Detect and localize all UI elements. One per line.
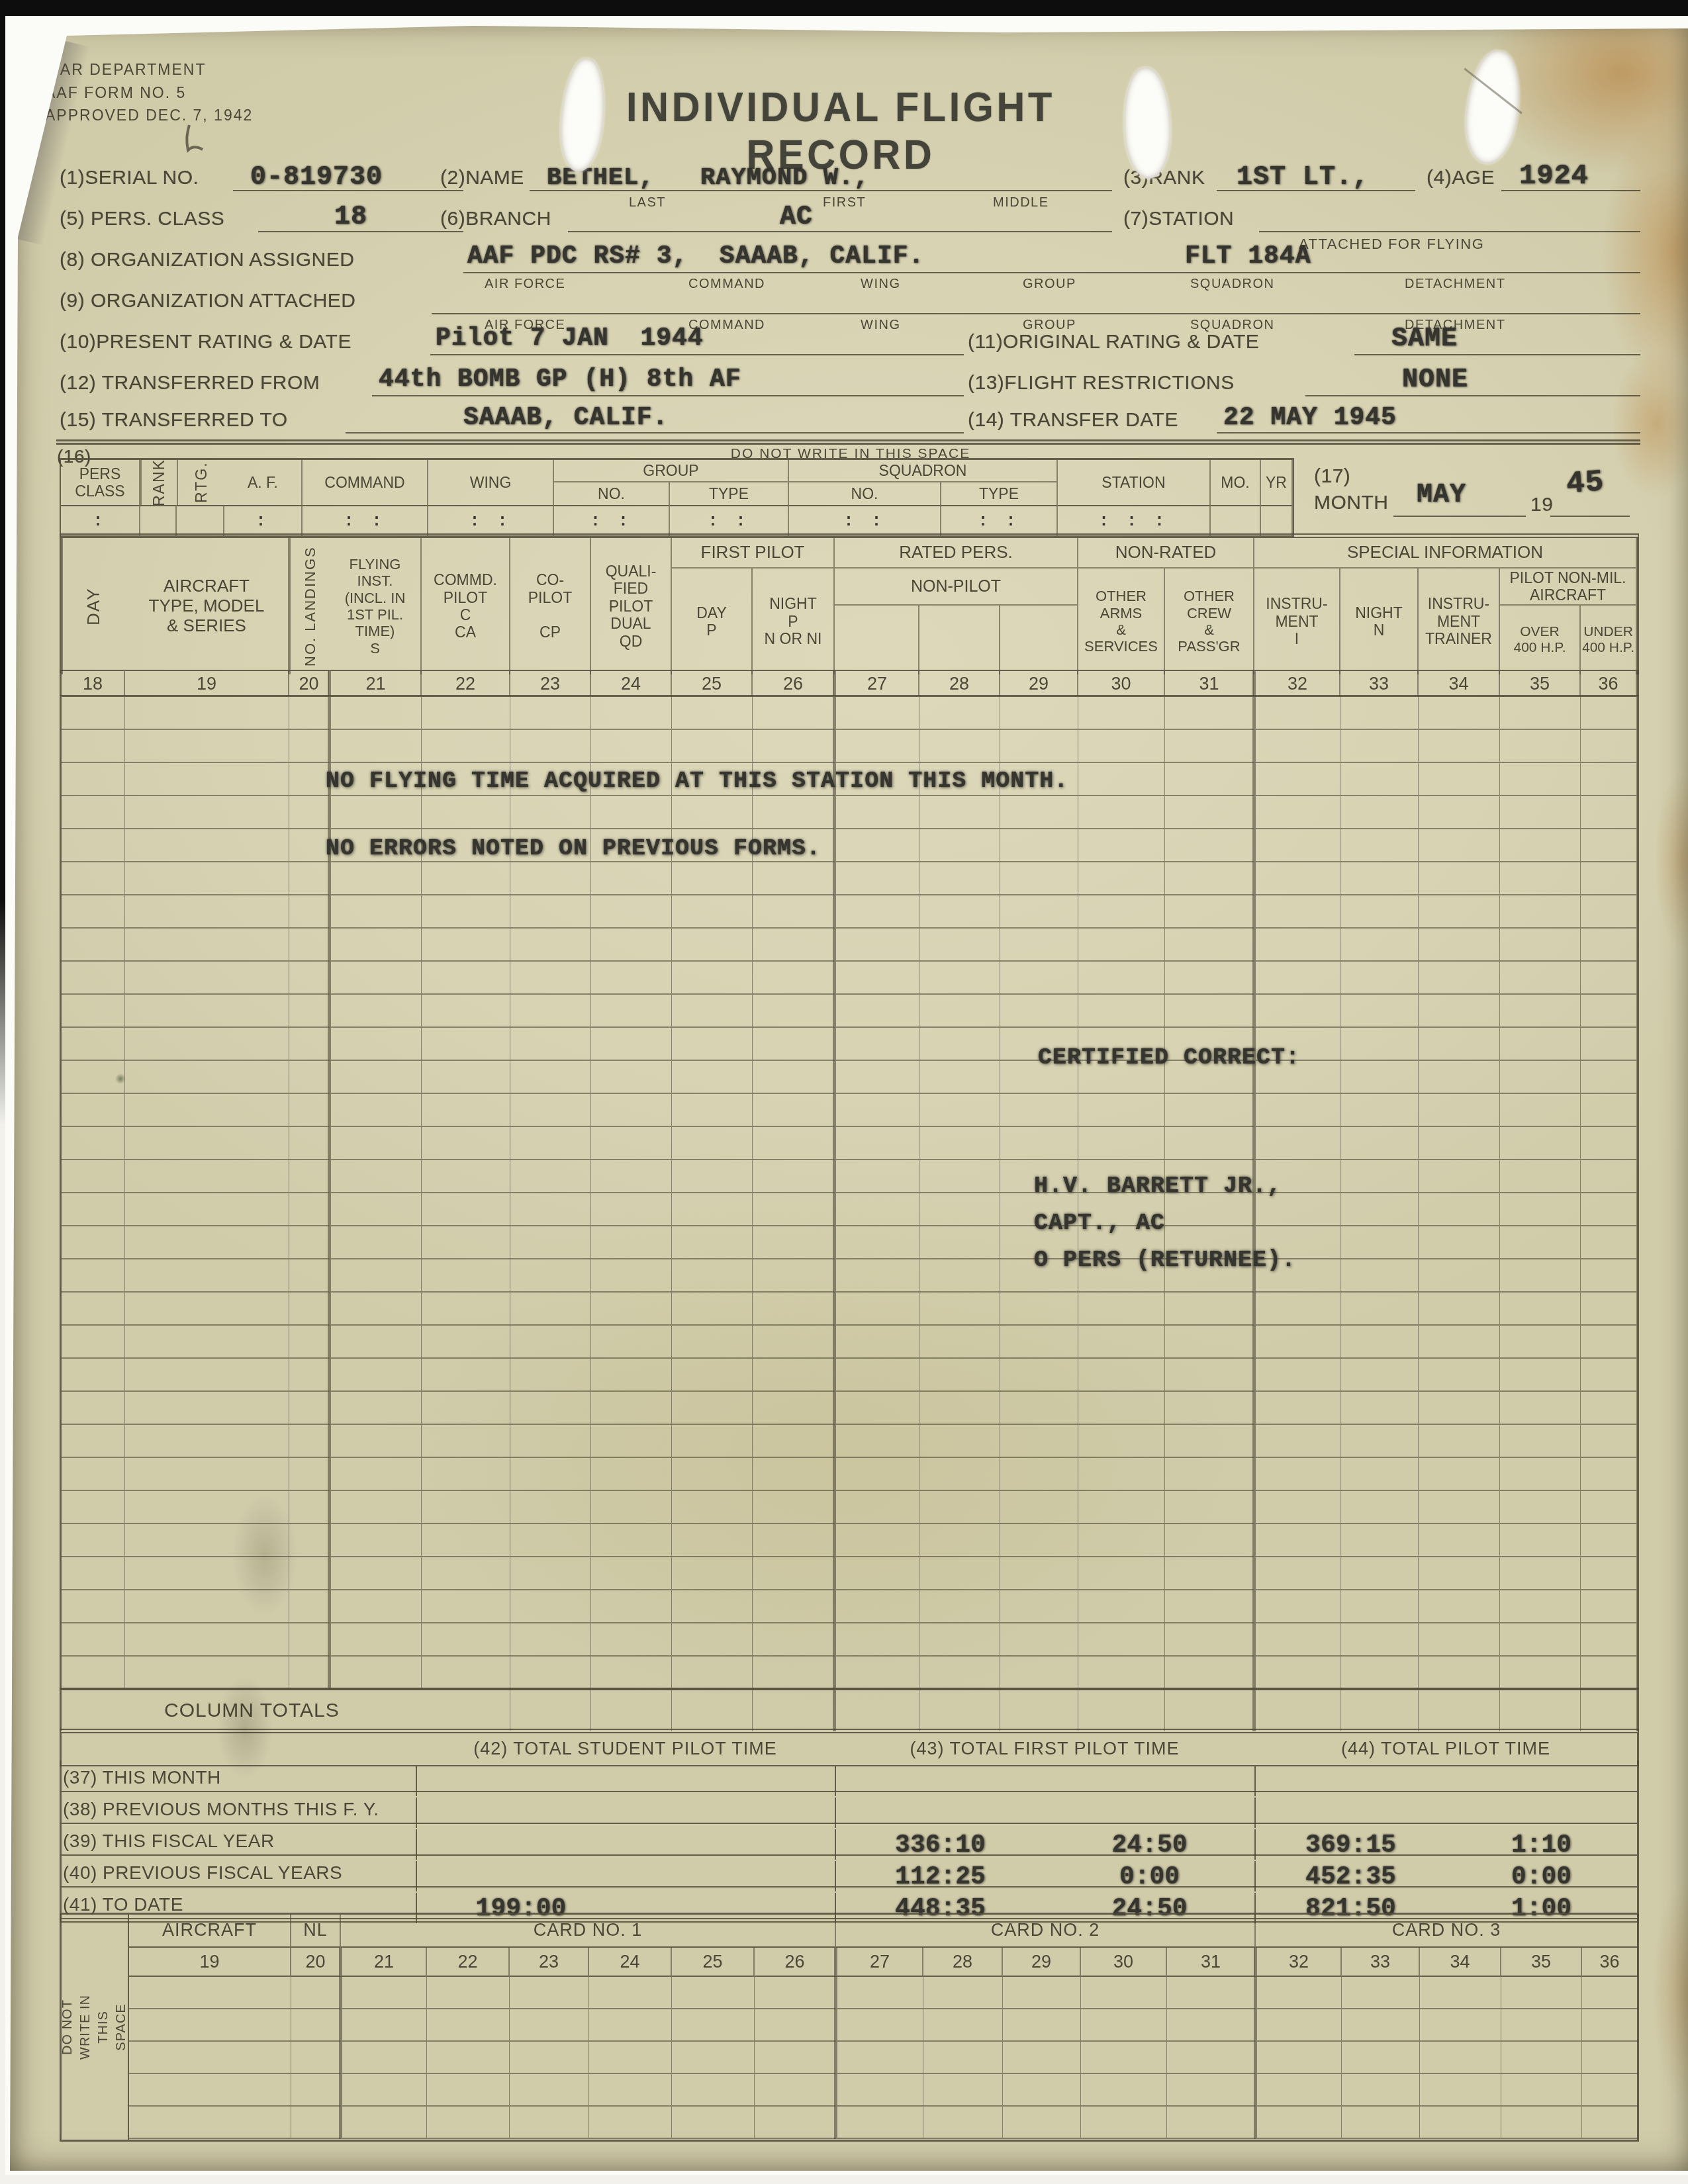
grid-cell: [422, 1127, 510, 1160]
grid-cell: [1419, 1623, 1500, 1657]
grid-cell: [1419, 1094, 1500, 1127]
column-number: 21: [339, 1948, 427, 1977]
col-day-p: DAY P: [672, 569, 753, 674]
grid-cell: [1340, 1293, 1419, 1326]
grid-cell: [289, 1425, 330, 1458]
grid-cell: [1340, 1061, 1419, 1094]
grid-cell: [289, 1657, 330, 1690]
year-value: 45: [1565, 465, 1605, 502]
grid-cell: [919, 1293, 1000, 1326]
grid-cell: [1501, 2074, 1582, 2107]
column-number: 36: [1581, 670, 1637, 696]
grid-cell: [1500, 1392, 1581, 1425]
grid-cell: [422, 1458, 510, 1491]
grid-cell: [1582, 2074, 1638, 2107]
column-number: 27: [834, 1948, 923, 1977]
col-under-400: UNDER 400 H.P.: [1581, 606, 1637, 674]
grid-cell: [591, 1359, 672, 1392]
grid-cell: [328, 1127, 422, 1160]
grid-cell: [1340, 1458, 1419, 1491]
grid-cell: [1340, 862, 1419, 895]
grid-cell: [1419, 1259, 1500, 1293]
grid-cell: [753, 1160, 835, 1193]
grid-cell: [422, 1028, 510, 1061]
grid-cell: [833, 1690, 919, 1731]
column-number: 32: [1254, 1948, 1342, 1977]
card-table-head: AIRCRAFT NL CARD NO. 1 CARD NO. 2 CARD N…: [129, 1915, 1638, 1948]
grid-cell: [1000, 1293, 1078, 1326]
grid-cell: [1419, 1061, 1500, 1094]
group-rated-pers: RATED PERS.: [835, 538, 1078, 569]
grid-cell: [422, 1094, 510, 1127]
grid-cell: [1340, 1259, 1419, 1293]
col-instr-trainer: INSTRU- MENT TRAINER: [1419, 569, 1500, 674]
grid-cell: [289, 1524, 330, 1557]
signature-name: H.V. BARRETT JR.,: [1034, 1173, 1282, 1199]
grid-cell: [1165, 1690, 1254, 1731]
grid-cell: [422, 1392, 510, 1425]
grid-cell: [289, 1557, 330, 1590]
s16-command: COMMAND: [303, 460, 428, 505]
column-number: 24: [591, 670, 672, 696]
column-number: 33: [1342, 1948, 1420, 1977]
grid-cell: [1581, 1061, 1637, 1094]
grid-cell: [919, 829, 1000, 862]
grid-cell: [1419, 796, 1500, 829]
grid-cell: [328, 1193, 422, 1226]
grid-cell: [1000, 1657, 1078, 1690]
grid-cell: [1000, 1690, 1078, 1731]
grid-cell: [591, 995, 672, 1028]
grid-cell: [328, 1293, 422, 1326]
grid-cell: [1419, 730, 1500, 763]
grid-cell: [833, 895, 919, 929]
totals-value: 336:10: [835, 1829, 1045, 1860]
grid-cell: [125, 1326, 289, 1359]
grid-cell: [1078, 1458, 1165, 1491]
total-first-pilot-time-header: (43) TOTAL FIRST PILOT TIME: [835, 1739, 1254, 1759]
grid-cell: [1078, 1491, 1165, 1524]
grid-cell: [833, 1590, 919, 1623]
punch-marks: :: [61, 505, 140, 535]
grid-cell: [1165, 995, 1254, 1028]
grid-cell: [1078, 1359, 1165, 1392]
grid-cell: [1000, 829, 1078, 862]
grid-cell: [1500, 1623, 1581, 1657]
original-rating-line: [1354, 354, 1640, 355]
column-number: 27: [833, 670, 919, 696]
grid-cell: [125, 1392, 289, 1425]
grid-cell: [1581, 962, 1637, 995]
col-co-pilot: CO- PILOT CP: [510, 538, 591, 674]
grid-cell: [1165, 1127, 1254, 1160]
grid-cell: [1419, 962, 1500, 995]
grid-cell: [62, 1061, 125, 1094]
grid-cell: [1003, 2074, 1081, 2107]
grid-cell: [510, 895, 591, 929]
grid-cell: [510, 730, 591, 763]
pers-class-label: (5) PERS. CLASS: [60, 208, 224, 230]
grid-cell: [1165, 1359, 1254, 1392]
grid-cell: [328, 995, 422, 1028]
col-other-arms: OTHER ARMS & SERVICES: [1078, 569, 1165, 674]
grid-cell: [1582, 2042, 1638, 2074]
grid-cell: [1000, 895, 1078, 929]
col-aircraft: AIRCRAFT TYPE, MODEL & SERIES: [125, 538, 289, 674]
grid-cell: [591, 1657, 672, 1690]
grid-cell: [289, 829, 330, 862]
grid-cell: [591, 929, 672, 962]
grid-cell: [753, 1127, 835, 1160]
s16-squadron: SQUADRON: [789, 460, 1058, 482]
grid-cell: [422, 962, 510, 995]
grid-cell: [1340, 1392, 1419, 1425]
grid-cell: [328, 895, 422, 929]
total-pilot-time-header: (44) TOTAL PILOT TIME: [1254, 1739, 1637, 1759]
grid-cell: [1419, 1359, 1500, 1392]
grid-cell: [339, 2009, 427, 2042]
col-27-blank: [835, 606, 919, 674]
grid-cell: [672, 1392, 753, 1425]
grid-cell: [1581, 1524, 1637, 1557]
grid-cell: [510, 995, 591, 1028]
grid-cell: [291, 2074, 341, 2107]
grid-cell: [1419, 1590, 1500, 1623]
grid-cell: [1419, 1491, 1500, 1524]
grid-cell: [1254, 2074, 1342, 2107]
totals-row: (40) PREVIOUS FISCAL YEARS112:250:00452:…: [62, 1856, 1637, 1888]
grid-cell: [919, 1458, 1000, 1491]
grid-cell: [1078, 962, 1165, 995]
grid-cell: [1500, 1590, 1581, 1623]
totals-value: 369:15: [1254, 1829, 1446, 1860]
column-number: 30: [1081, 1948, 1167, 1977]
grid-cell: [1003, 2107, 1081, 2139]
grid-cell: [833, 1094, 919, 1127]
group-non-rated: NON-RATED: [1078, 538, 1254, 569]
name-sub-last: LAST: [629, 195, 666, 210]
s16-squadron-no: NO.: [789, 482, 941, 505]
grid-cell: [923, 2107, 1003, 2139]
grid-cell: [427, 1977, 510, 2009]
totals-row-label: (40) PREVIOUS FISCAL YEARS: [62, 1856, 416, 1886]
grid-cell: [591, 862, 672, 895]
grid-cell: [62, 962, 125, 995]
grid-cell: [1078, 697, 1165, 730]
grid-cell: [422, 1690, 510, 1731]
grid-cell: [422, 929, 510, 962]
grid-cell: [1000, 796, 1078, 829]
grid-cell: [591, 1193, 672, 1226]
grid-cell: [919, 1392, 1000, 1425]
grid-cell: [591, 1061, 672, 1094]
grid-cell: [62, 1359, 125, 1392]
punch-marks: : :: [303, 505, 428, 535]
column-number: 21: [328, 670, 422, 696]
grid-cell: [591, 1094, 672, 1127]
grid-cell: [289, 1061, 330, 1094]
grid-cell: [289, 1590, 330, 1623]
grid-cell: [125, 1193, 289, 1226]
grid-cell: [125, 1623, 289, 1657]
grid-cell: [422, 1160, 510, 1193]
grid-cell: [1419, 1657, 1500, 1690]
grid-cell: [1165, 796, 1254, 829]
grid-cell: [1500, 1061, 1581, 1094]
grid-cell: [753, 962, 835, 995]
grid-cell: [1419, 829, 1500, 862]
grid-cell: [1340, 1359, 1419, 1392]
grid-cell: [1340, 796, 1419, 829]
punch-marks: : :: [941, 505, 1058, 535]
grid-cell: [125, 1458, 289, 1491]
grid-cell: [923, 2009, 1003, 2042]
grid-cell: [1501, 2107, 1582, 2139]
grid-cell: [753, 1028, 835, 1061]
totals-value: [835, 1797, 1045, 1828]
column-number: 28: [923, 1948, 1003, 1977]
grid-cell: [1081, 2009, 1167, 2042]
grid-cell: [1165, 1491, 1254, 1524]
grid-cell: [672, 1657, 753, 1690]
grid-cell: [672, 2107, 755, 2139]
grid-cell: [753, 1094, 835, 1127]
grid-cell: [1342, 1977, 1420, 2009]
grid-cell: [1000, 697, 1078, 730]
grid-cell: [1582, 2009, 1638, 2042]
totals-value: [1254, 1797, 1446, 1828]
grid-cell: [1500, 1127, 1581, 1160]
grid-cell: [1340, 730, 1419, 763]
grid-cell: [1252, 829, 1340, 862]
card-no-2-header: CARD NO. 2: [836, 1915, 1256, 1948]
grid-cell: [510, 929, 591, 962]
grid-cell: [1252, 796, 1340, 829]
column-number: 23: [510, 1948, 589, 1977]
grid-cell: [672, 2074, 755, 2107]
punch-marks: [140, 505, 177, 535]
grid-cell: [833, 1160, 919, 1193]
grid-cell: [1252, 895, 1340, 929]
present-rating-line: [430, 354, 964, 355]
grid-cell: [1340, 1160, 1419, 1193]
grid-cell: [753, 1359, 835, 1392]
grid-cell: [1581, 1590, 1637, 1623]
grid-cell: [289, 1392, 330, 1425]
grid-cell: [1078, 763, 1165, 796]
grid-cell: [591, 1524, 672, 1557]
grid-cell: [1419, 1028, 1500, 1061]
grid-cell: [125, 895, 289, 929]
grid-cell: [919, 1028, 1000, 1061]
totals-value: 24:50: [1045, 1829, 1254, 1860]
grid-cell: [1581, 1193, 1637, 1226]
grid-cell: [1078, 829, 1165, 862]
grid-cell: [510, 2009, 589, 2042]
grid-cell: [1078, 1690, 1165, 1731]
grid-cell: [1500, 862, 1581, 895]
grid-cell: [1500, 1193, 1581, 1226]
grid-cell: [1500, 1359, 1581, 1392]
group-first-pilot: FIRST PILOT: [672, 538, 835, 569]
sub-air-force: AIR FORCE: [485, 277, 565, 292]
pers-class-value: 18: [334, 203, 367, 232]
grid-cell: [1500, 929, 1581, 962]
grid-cell: [833, 1425, 919, 1458]
grid-cell: [1340, 1326, 1419, 1359]
grid-cell: [919, 1160, 1000, 1193]
s16-yr: YR: [1261, 460, 1293, 505]
grid-cell: [1420, 1977, 1501, 2009]
grid-cell: [125, 1657, 289, 1690]
grid-cell: [753, 1392, 835, 1425]
totals-row: (37) THIS MONTH: [62, 1760, 1637, 1792]
grid-cell: [510, 1061, 591, 1094]
grid-cell: [129, 2009, 291, 2042]
grid-cell: [422, 995, 510, 1028]
grid-cell: [328, 1259, 422, 1293]
grid-cell: [919, 1524, 1000, 1557]
grid-cell: [753, 862, 835, 895]
grid-cell: [1252, 730, 1340, 763]
grid-cell: [591, 796, 672, 829]
grid-cell: [1252, 1392, 1340, 1425]
grid-cell: [125, 1524, 289, 1557]
grid-cell: [833, 1226, 919, 1259]
grid-cell: [510, 2074, 589, 2107]
grid-cell: [1340, 1226, 1419, 1259]
grid-cell: [510, 1590, 591, 1623]
totals-value: [416, 1797, 625, 1828]
grid-cell: [62, 1094, 125, 1127]
grid-cell: [1342, 2107, 1420, 2139]
grid-cell: [755, 2042, 836, 2074]
grid-cell: [1340, 962, 1419, 995]
grid-cell: [1252, 1458, 1340, 1491]
grid-cell: [510, 2042, 589, 2074]
grid-cell: [1252, 962, 1340, 995]
signature-rank: CAPT., AC: [1034, 1210, 1165, 1236]
grid-cell: [510, 1193, 591, 1226]
grid-cell: [753, 1259, 835, 1293]
grid-cell: [834, 2042, 923, 2074]
grid-cell: [1419, 1458, 1500, 1491]
totals-value: 0:00: [1446, 1861, 1637, 1891]
grid-cell: [919, 1193, 1000, 1226]
totals-value: [416, 1829, 625, 1860]
grid-cell: [1340, 1193, 1419, 1226]
grid-cell: [834, 2107, 923, 2139]
grid-cell: [833, 862, 919, 895]
grid-cell: [289, 1160, 330, 1193]
punch-marks: :: [224, 505, 303, 535]
grid-cell: [1419, 1193, 1500, 1226]
grid-cell: [62, 1425, 125, 1458]
grid-cell: [591, 1293, 672, 1326]
grid-cell: [1167, 2009, 1256, 2042]
grid-cell: [62, 1259, 125, 1293]
branch-label: (6)BRANCH: [440, 208, 551, 230]
grid-cell: [833, 962, 919, 995]
transferred-to-label: (15) TRANSFERRED TO: [60, 409, 288, 432]
grid-cell: [672, 1094, 753, 1127]
org-attached-line: [432, 313, 1640, 314]
grid-cell: [1078, 1094, 1165, 1127]
grid-cell: [1500, 895, 1581, 929]
grid-cell: [1252, 1590, 1340, 1623]
grid-cell: [919, 1326, 1000, 1359]
s16-wing: WING: [428, 460, 554, 505]
grid-cell: [1501, 1977, 1582, 2009]
grid-cell: [672, 1491, 753, 1524]
column-number: 22: [422, 670, 510, 696]
grid-cell: [919, 1425, 1000, 1458]
grid-cell: [289, 862, 330, 895]
grid-cell: [672, 1690, 753, 1731]
grid-cell: [1581, 763, 1637, 796]
grid-cell: [328, 1657, 422, 1690]
grid-cell: [1167, 1977, 1256, 2009]
totals-value: [416, 1861, 625, 1891]
grid-cell: [591, 1028, 672, 1061]
grid-cell: [1340, 1491, 1419, 1524]
grid-cell: [328, 1359, 422, 1392]
col-instrument: INSTRU- MENT I: [1254, 569, 1340, 674]
grid-cell: [125, 1127, 289, 1160]
column-number: 25: [672, 1948, 755, 1977]
totals-value: [1446, 1766, 1637, 1796]
column-number: 33: [1340, 670, 1419, 696]
grid-cell: [1581, 1657, 1637, 1690]
card-table-body: [129, 1977, 1638, 2139]
grid-cell: [672, 796, 753, 829]
month-label: MONTH: [1314, 492, 1388, 514]
grid-cell: [1340, 1524, 1419, 1557]
name-label: (2)NAME: [440, 167, 524, 189]
grid-cell: [62, 829, 125, 862]
grid-cell: [1419, 1326, 1500, 1359]
card-table: DO NOT WRITE IN THIS SPACE AIRCRAFT NL C…: [60, 1913, 1639, 2142]
original-rating-value: SAME: [1391, 324, 1458, 354]
grid-cell: [291, 1977, 341, 2009]
grid-cell: [328, 1028, 422, 1061]
grid-cell: [1500, 1557, 1581, 1590]
grid-cell: [753, 730, 835, 763]
org-attached-label: (9) ORGANIZATION ATTACHED: [60, 290, 356, 312]
card-no-1-header: CARD NO. 1: [341, 1915, 836, 1948]
station-line: [1259, 231, 1640, 232]
totals-value: [625, 1861, 835, 1891]
column-number: 31: [1165, 670, 1254, 696]
grid-cell: [289, 929, 330, 962]
grid-cell: [833, 730, 919, 763]
grid-cell: [125, 1557, 289, 1590]
grid-cell: [510, 1359, 591, 1392]
s16-mo: MO.: [1211, 460, 1261, 505]
grid-cell: [125, 730, 289, 763]
grid-cell: [62, 1491, 125, 1524]
grid-cell: [1165, 1458, 1254, 1491]
grid-cell: [289, 1094, 330, 1127]
grid-cell: [422, 1326, 510, 1359]
station-label: (7)STATION: [1123, 208, 1234, 230]
grid-cell: [328, 1326, 422, 1359]
grid-cell: [1000, 1524, 1078, 1557]
s16-station: STATION: [1058, 460, 1211, 505]
grid-cell: [1419, 1690, 1500, 1731]
grid-cell: [422, 1293, 510, 1326]
pencil-cross-mark: [1464, 68, 1523, 114]
